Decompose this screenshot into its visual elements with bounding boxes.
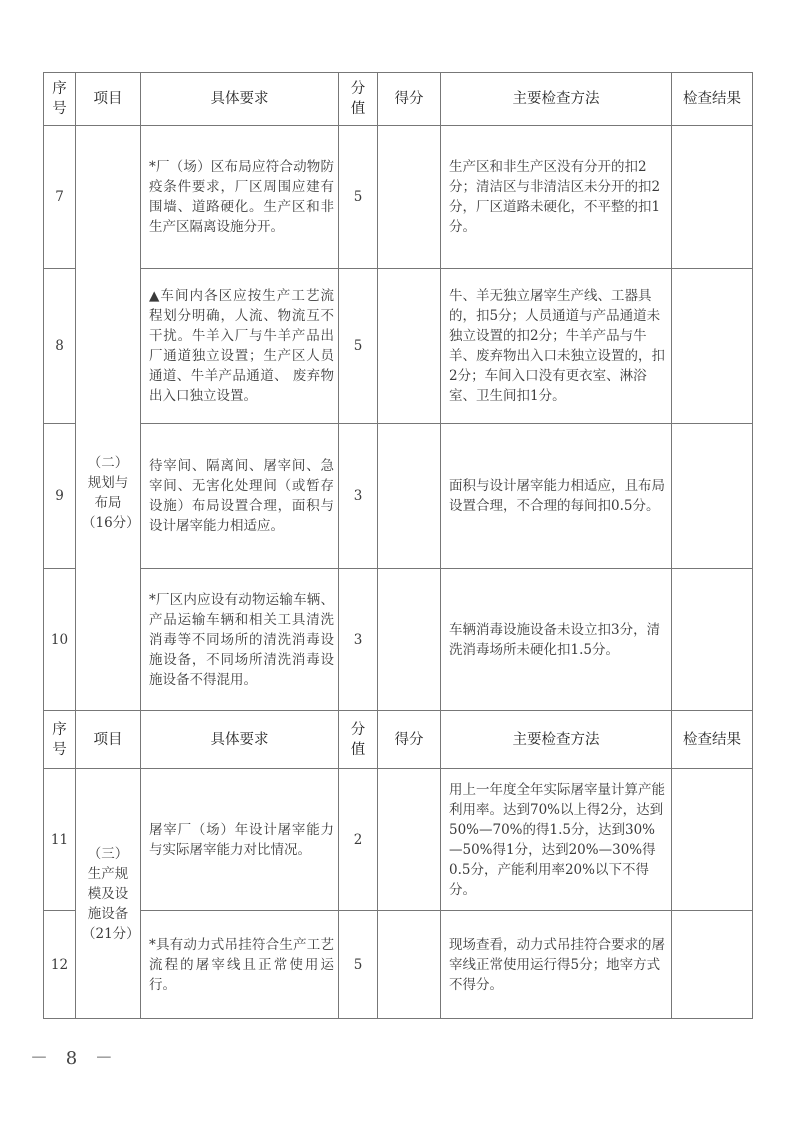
header-result: 检查结果	[672, 73, 753, 126]
table-row: 8 ▲车间内各区应按生产工艺流程划分明确，人流、物流互不干扰。牛羊入厂与牛羊产品…	[44, 269, 753, 424]
row-seq: 11	[44, 769, 76, 911]
header-value: 分值	[339, 711, 378, 769]
table-row: 9 待宰间、隔离间、屠宰间、急宰间、无害化处理间（或暂存设施）布局设置合理，面积…	[44, 424, 753, 569]
group-label: （二）规划与布局（16分）	[76, 126, 141, 711]
row-result[interactable]	[672, 269, 753, 424]
row-score[interactable]	[378, 424, 441, 569]
row-seq: 7	[44, 126, 76, 269]
row-method: 牛、羊无独立屠宰生产线、工器具的，扣5分；人员通道与产品通道未独立设置的扣2分；…	[441, 269, 672, 424]
header-requirement: 具体要求	[141, 73, 339, 126]
header-method: 主要检查方法	[441, 73, 672, 126]
header-item: 项目	[76, 711, 141, 769]
header-result: 检查结果	[672, 711, 753, 769]
header-score: 得分	[378, 711, 441, 769]
header-score: 得分	[378, 73, 441, 126]
row-requirement: *厂区内应设有动物运输车辆、产品运输车辆和相关工具清洗消毒等不同场所的清洗消毒设…	[141, 569, 339, 711]
table-row: 10 *厂区内应设有动物运输车辆、产品运输车辆和相关工具清洗消毒等不同场所的清洗…	[44, 569, 753, 711]
page-number: － 8 －	[30, 1044, 119, 1070]
row-seq: 9	[44, 424, 76, 569]
row-method: 面积与设计屠宰能力相适应，且布局设置合理，不合理的每间扣0.5分。	[441, 424, 672, 569]
row-requirement: *厂（场）区布局应符合动物防疫条件要求，厂区周围应建有围墙、道路硬化。生产区和非…	[141, 126, 339, 269]
row-score[interactable]	[378, 126, 441, 269]
table-row: 7 （二）规划与布局（16分） *厂（场）区布局应符合动物防疫条件要求，厂区周围…	[44, 126, 753, 269]
row-result[interactable]	[672, 424, 753, 569]
row-value: 5	[339, 269, 378, 424]
group-label: （三）生产规模及设施设备（21分）	[76, 769, 141, 1019]
row-requirement: 待宰间、隔离间、屠宰间、急宰间、无害化处理间（或暂存设施）布局设置合理，面积与设…	[141, 424, 339, 569]
row-value: 5	[339, 126, 378, 269]
row-score[interactable]	[378, 769, 441, 911]
row-method: 现场查看，动力式吊挂符合要求的屠宰线正常使用运行得5分；地宰方式不得分。	[441, 911, 672, 1019]
row-value: 2	[339, 769, 378, 911]
row-method: 用上一年度全年实际屠宰量计算产能利用率。达到70%以上得2分，达到50%—70%…	[441, 769, 672, 911]
header-seq: 序号	[44, 711, 76, 769]
header-value: 分值	[339, 73, 378, 126]
table-header-row: 序号 项目 具体要求 分值 得分 主要检查方法 检查结果	[44, 73, 753, 126]
row-requirement: *具有动力式吊挂符合生产工艺流程的屠宰线且正常使用运行。	[141, 911, 339, 1019]
row-seq: 12	[44, 911, 76, 1019]
inspection-table: 序号 项目 具体要求 分值 得分 主要检查方法 检查结果 7 （二）规划与布局（…	[43, 72, 753, 1019]
row-score[interactable]	[378, 569, 441, 711]
table-row: 12 *具有动力式吊挂符合生产工艺流程的屠宰线且正常使用运行。 5 现场查看，动…	[44, 911, 753, 1019]
row-seq: 8	[44, 269, 76, 424]
row-value: 3	[339, 569, 378, 711]
header-requirement: 具体要求	[141, 711, 339, 769]
table-row: 11 （三）生产规模及设施设备（21分） 屠宰厂（场）年设计屠宰能力与实际屠宰能…	[44, 769, 753, 911]
row-value: 3	[339, 424, 378, 569]
header-method: 主要检查方法	[441, 711, 672, 769]
table-header-row-repeat: 序号 项目 具体要求 分值 得分 主要检查方法 检查结果	[44, 711, 753, 769]
row-requirement: 屠宰厂（场）年设计屠宰能力与实际屠宰能力对比情况。	[141, 769, 339, 911]
row-seq: 10	[44, 569, 76, 711]
row-method: 车辆消毒设施设备未设立扣3分，清洗消毒场所未硬化扣1.5分。	[441, 569, 672, 711]
row-requirement: ▲车间内各区应按生产工艺流程划分明确，人流、物流互不干扰。牛羊入厂与牛羊产品出厂…	[141, 269, 339, 424]
row-result[interactable]	[672, 569, 753, 711]
row-result[interactable]	[672, 911, 753, 1019]
header-item: 项目	[76, 73, 141, 126]
row-result[interactable]	[672, 126, 753, 269]
row-value: 5	[339, 911, 378, 1019]
row-method: 生产区和非生产区没有分开的扣2分；清洁区与非清洁区未分开的扣2分，厂区道路未硬化…	[441, 126, 672, 269]
row-score[interactable]	[378, 269, 441, 424]
row-score[interactable]	[378, 911, 441, 1019]
row-result[interactable]	[672, 769, 753, 911]
header-seq: 序号	[44, 73, 76, 126]
